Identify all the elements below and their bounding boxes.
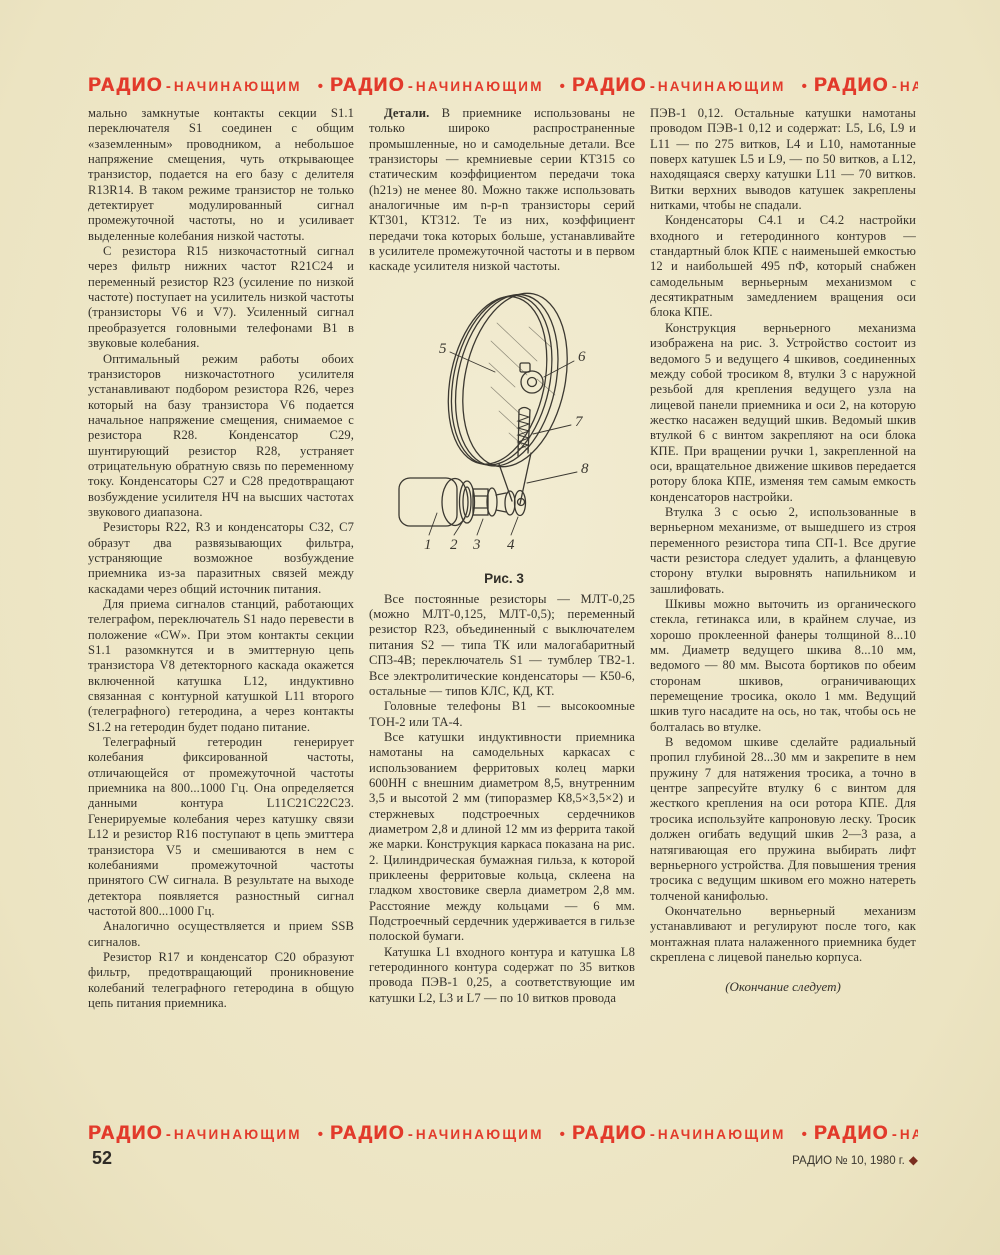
paragraph: С резистора R15 низкочастотный сигнал че…: [88, 244, 354, 351]
leader-lines: [429, 352, 577, 535]
details-heading: Детали.: [384, 106, 429, 120]
banner-suffix-text: НАЧИНАЮЩИМ: [900, 79, 918, 94]
vernier-mechanism-drawing: 5 6 7 8 1 2 3 4: [369, 283, 635, 569]
paragraph-details-lead: Детали. В приемнике использованы не толь…: [369, 106, 635, 275]
diamond-icon: ◆: [909, 1153, 918, 1167]
banner-segment: РАДИО-НАЧИНАЮЩИМ: [88, 75, 302, 97]
column-1: мально замкнутые контакты секции S1.1 пе…: [88, 106, 354, 1120]
header-banner: РАДИО-НАЧИНАЮЩИМ • РАДИО-НАЧИНАЮЩИМ • РА…: [88, 74, 918, 98]
banner-segment: РАДИО-НАЧИНАЮЩИМ: [572, 1123, 786, 1145]
banner-dash: -: [650, 78, 655, 95]
radio-brand-text: РАДИО: [814, 1123, 889, 1145]
banner-suffix-text: НАЧИНАЮЩИМ: [900, 1127, 918, 1142]
paragraph: Все катушки индуктивности приемника намо…: [369, 730, 635, 945]
figure-label-3: 3: [472, 537, 481, 553]
banner-bullet: •: [318, 78, 323, 95]
banner-bullet: •: [802, 1126, 807, 1143]
paragraph: Аналогично осуществляется и прием SSB си…: [88, 919, 354, 950]
paragraph: мально замкнутые контакты секции S1.1 пе…: [88, 106, 354, 244]
banner-dash: -: [892, 78, 897, 95]
column-2: Детали. В приемнике использованы не толь…: [369, 106, 635, 1120]
figure-label-7: 7: [575, 414, 584, 430]
banner-bullet: •: [802, 78, 807, 95]
paragraph: Втулка 3 с осью 2, использованные в верн…: [650, 505, 916, 597]
paragraph: Конструкция верньерного механизма изобра…: [650, 321, 916, 505]
banner-segment: РАДИО-НАЧИНАЮЩИМ: [330, 1123, 544, 1145]
radio-brand-text: РАДИО: [572, 1123, 647, 1145]
radio-brand-text: РАДИО: [572, 75, 647, 97]
figure-label-4: 4: [507, 537, 515, 553]
footer-banner: РАДИО-НАЧИНАЮЩИМ • РАДИО-НАЧИНАЮЩИМ • РА…: [88, 1122, 918, 1146]
banner-suffix-text: НАЧИНАЮЩИМ: [416, 79, 544, 94]
figure-3-vernier-mechanism: 5 6 7 8 1 2 3 4 Рис. 3: [369, 283, 635, 586]
radio-brand-text: РАДИО: [88, 1123, 163, 1145]
figure-label-8: 8: [581, 461, 589, 477]
figure-label-2: 2: [450, 537, 458, 553]
figure-label-6: 6: [578, 349, 586, 365]
paragraph: Головные телефоны B1 — высокоомные ТОН-2…: [369, 699, 635, 730]
banner-segment: РАДИО-НАЧИНАЮЩИМ: [814, 1123, 918, 1145]
banner-bullet: •: [560, 78, 565, 95]
banner-suffix-text: НАЧИНАЮЩИМ: [658, 1127, 786, 1142]
to-be-continued-note: (Окончание следует): [650, 979, 916, 995]
journal-reference-text: РАДИО № 10, 1980 г.: [792, 1155, 905, 1167]
figure-caption: Рис. 3: [369, 571, 635, 586]
journal-reference: РАДИО № 10, 1980 г.◆: [792, 1153, 918, 1167]
paragraph: Резистор R17 и конденсатор C20 образуют …: [88, 950, 354, 1011]
radio-brand-text: РАДИО: [88, 75, 163, 97]
banner-dash: -: [408, 78, 413, 95]
banner-bullet: •: [318, 1126, 323, 1143]
figure-label-1: 1: [424, 537, 432, 553]
banner-segment: РАДИО-НАЧИНАЮЩИМ: [88, 1123, 302, 1145]
details-lead-text: В приемнике использованы не только широк…: [369, 106, 635, 273]
banner-dash: -: [166, 78, 171, 95]
paragraph: Все постоянные резисторы — МЛТ-0,25 (мож…: [369, 592, 635, 699]
paragraph: Для приема сигналов станций, работающих …: [88, 597, 354, 735]
paragraph: Окончательно верньерный механизм устанав…: [650, 904, 916, 965]
banner-suffix-text: НАЧИНАЮЩИМ: [416, 1127, 544, 1142]
banner-dash: -: [650, 1126, 655, 1143]
paragraph: ПЭВ-1 0,12. Остальные катушки намотаны п…: [650, 106, 916, 213]
banner-dash: -: [408, 1126, 413, 1143]
magazine-page: РАДИО-НАЧИНАЮЩИМ • РАДИО-НАЧИНАЮЩИМ • РА…: [0, 0, 1000, 1255]
paragraph: В ведомом шкиве сделайте радиальный проп…: [650, 735, 916, 904]
paragraph: Оптимальный режим работы обоих транзисто…: [88, 352, 354, 521]
banner-suffix-text: НАЧИНАЮЩИМ: [174, 79, 302, 94]
banner-dash: -: [892, 1126, 897, 1143]
banner-suffix-text: НАЧИНАЮЩИМ: [174, 1127, 302, 1142]
radio-brand-text: РАДИО: [814, 75, 889, 97]
radio-brand-text: РАДИО: [330, 75, 405, 97]
paragraph: Шкивы можно выточить из органического ст…: [650, 597, 916, 735]
paragraph: Телеграфный гетеродин генерирует колебан…: [88, 735, 354, 919]
figure-label-5: 5: [439, 341, 447, 357]
banner-segment: РАДИО-НАЧИНАЮЩИМ: [330, 75, 544, 97]
banner-segment: РАДИО-НАЧИНАЮЩИМ: [814, 75, 918, 97]
banner-suffix-text: НАЧИНАЮЩИМ: [658, 79, 786, 94]
paragraph: Конденсаторы C4.1 и C4.2 настройки входн…: [650, 213, 916, 320]
paragraph: Резисторы R22, R3 и конденсаторы C32, C7…: [88, 520, 354, 597]
article-body: мально замкнутые контакты секции S1.1 пе…: [88, 106, 916, 1120]
paragraph: Катушка L1 входного контура и катушка L8…: [369, 945, 635, 1006]
radio-brand-text: РАДИО: [330, 1123, 405, 1145]
column-3: ПЭВ-1 0,12. Остальные катушки намотаны п…: [650, 106, 916, 1120]
banner-bullet: •: [560, 1126, 565, 1143]
page-footer: 52 РАДИО № 10, 1980 г.◆: [88, 1148, 918, 1174]
banner-dash: -: [166, 1126, 171, 1143]
page-number: 52: [92, 1148, 112, 1169]
banner-segment: РАДИО-НАЧИНАЮЩИМ: [572, 75, 786, 97]
